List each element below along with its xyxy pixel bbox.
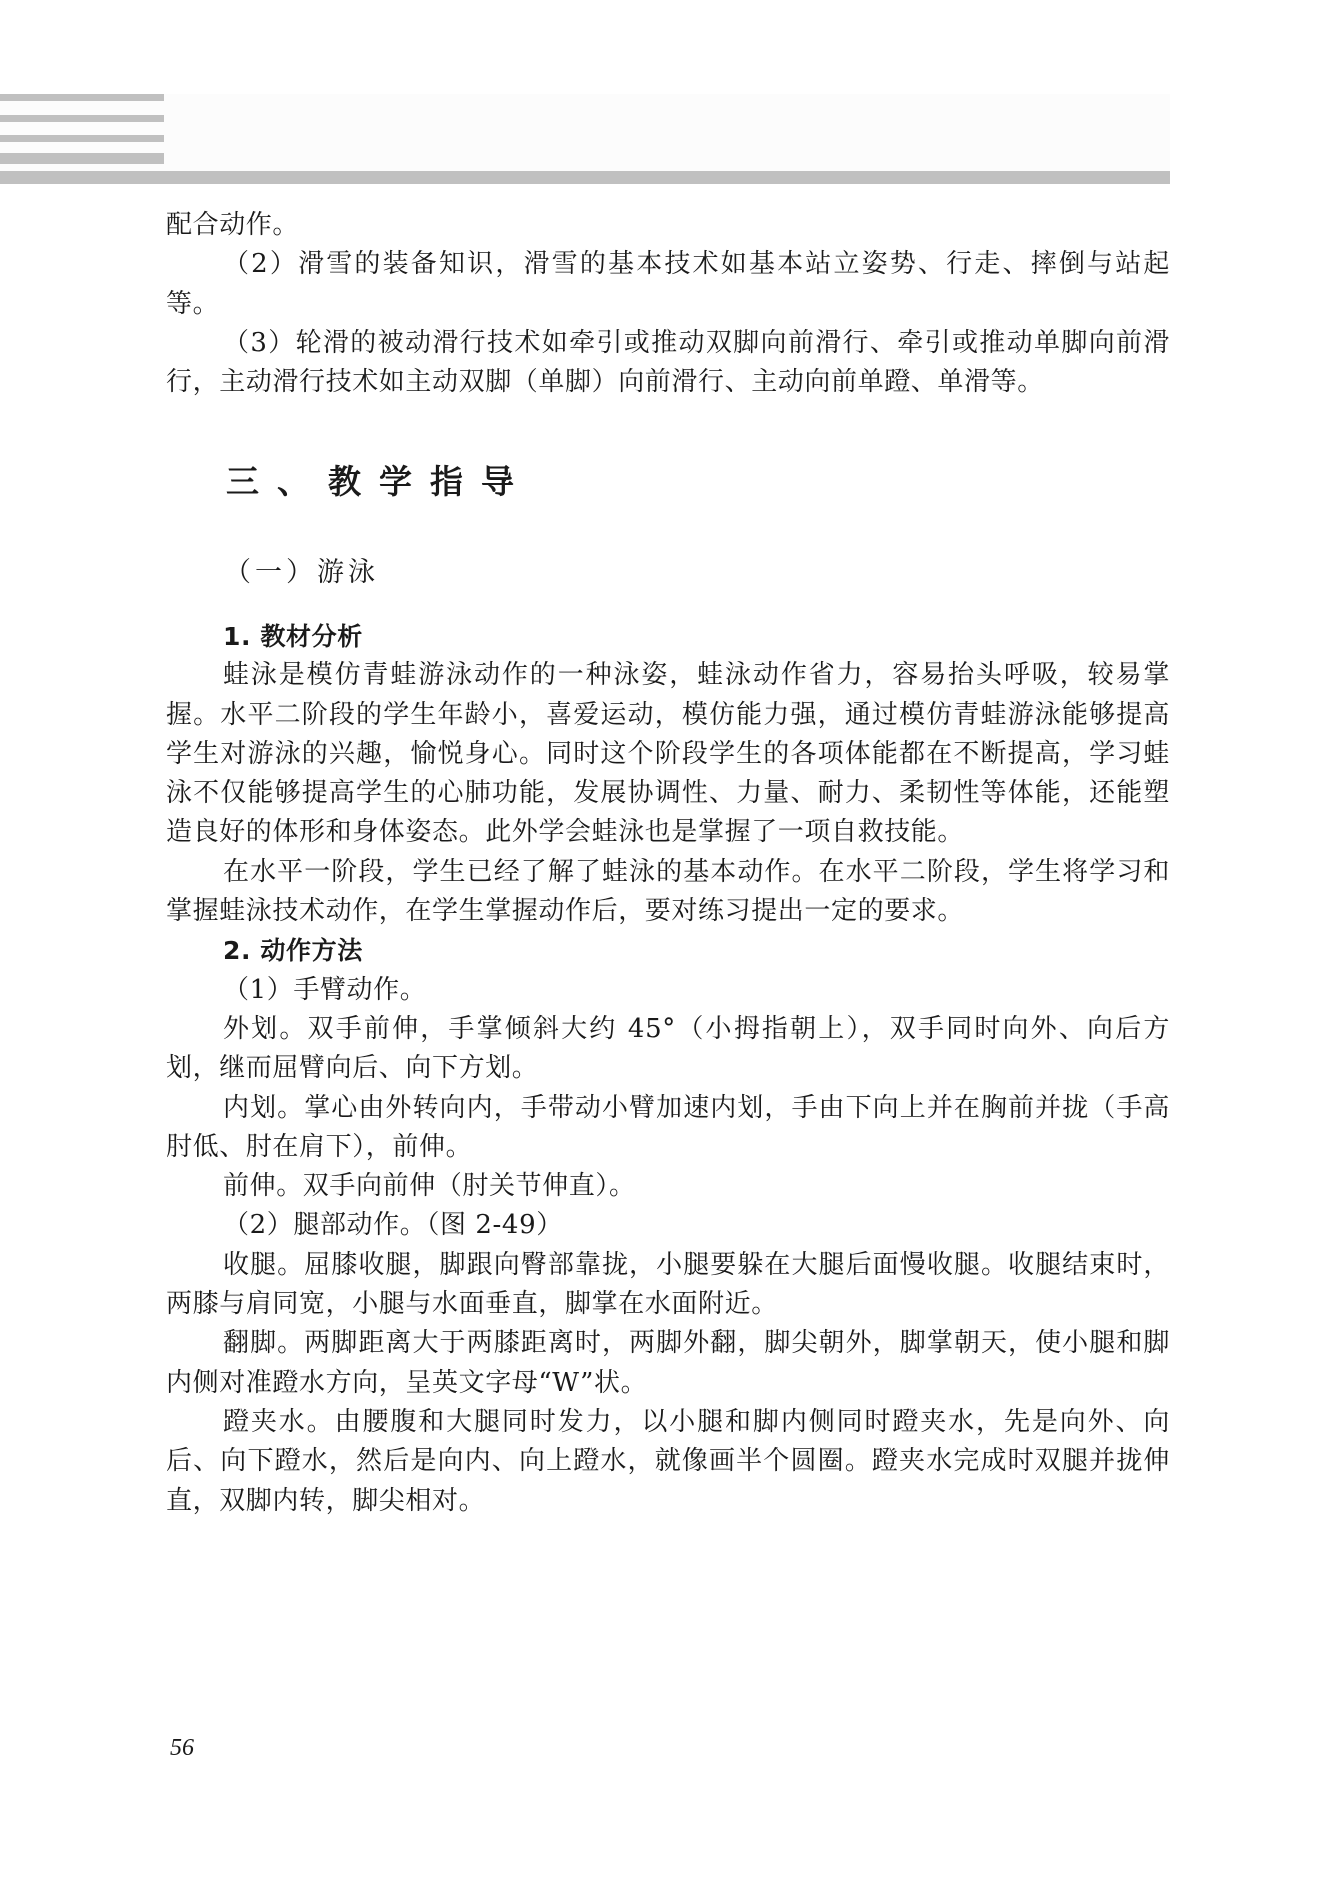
part1-paragraph: 蛙泳是模仿青蛙游泳动作的一种泳姿，蛙泳动作省力，容易抬头呼吸，较易掌握。水平二阶… [166,656,1170,852]
intro-block: 配合动作。 （2）滑雪的装备知识，滑雪的基本技术如基本站立姿势、行走、摔倒与站起… [166,206,1170,402]
leg-title: （2）腿部动作。（图 2-49） [166,1206,1170,1245]
arm-paragraph: 内划。掌心由外转向内，手带动小臂加速内划，手由下向上并在胸前并拢（手高肘低、肘在… [166,1089,1170,1168]
header-stripe [0,153,164,164]
header-stripe [0,115,164,122]
arm-title: （1）手臂动作。 [166,971,1170,1010]
header-rule [0,171,1170,184]
arm-paragraph: 外划。双手前伸，手掌倾斜大约 45°（小拇指朝上），双手同时向外、向后方划，继而… [166,1010,1170,1089]
header-stripe [0,94,164,101]
part2-heading: 2. 动作方法 [166,931,1170,970]
leg-paragraph: 蹬夹水。由腰腹和大腿同时发力，以小腿和脚内侧同时蹬夹水，先是向外、向后、向下蹬水… [166,1403,1170,1521]
subsection-title: （一）游泳 [224,550,379,589]
header-stripe [0,135,164,142]
page-number: 56 [170,1735,194,1762]
intro-line: 配合动作。 [166,206,1170,245]
part1-block: 1. 教材分析 蛙泳是模仿青蛙游泳动作的一种泳姿，蛙泳动作省力，容易抬头呼吸，较… [166,617,1170,1521]
arm-paragraph: 前伸。双手向前伸（肘关节伸直）。 [166,1167,1170,1206]
leg-paragraph: 翻脚。两脚距离大于两膝距离时，两脚外翻，脚尖朝外，脚掌朝天，使小腿和脚内侧对准蹬… [166,1324,1170,1403]
part1-paragraph: 在水平一阶段，学生已经了解了蛙泳的基本动作。在水平二阶段，学生将学习和掌握蛙泳技… [166,853,1170,932]
leg-paragraph: 收腿。屈膝收腿，脚跟向臀部靠拢，小腿要躲在大腿后面慢收腿。收腿结束时，两膝与肩同… [166,1246,1170,1325]
part1-heading: 1. 教材分析 [166,617,1170,656]
section-title: 三、教学指导 [226,456,532,503]
intro-item-3: （3）轮滑的被动滑行技术如牵引或推动双脚向前滑行、牵引或推动单脚向前滑行，主动滑… [166,324,1170,403]
header-panel [0,94,1170,171]
intro-item-2: （2）滑雪的装备知识，滑雪的基本技术如基本站立姿势、行走、摔倒与站起等。 [166,245,1170,324]
